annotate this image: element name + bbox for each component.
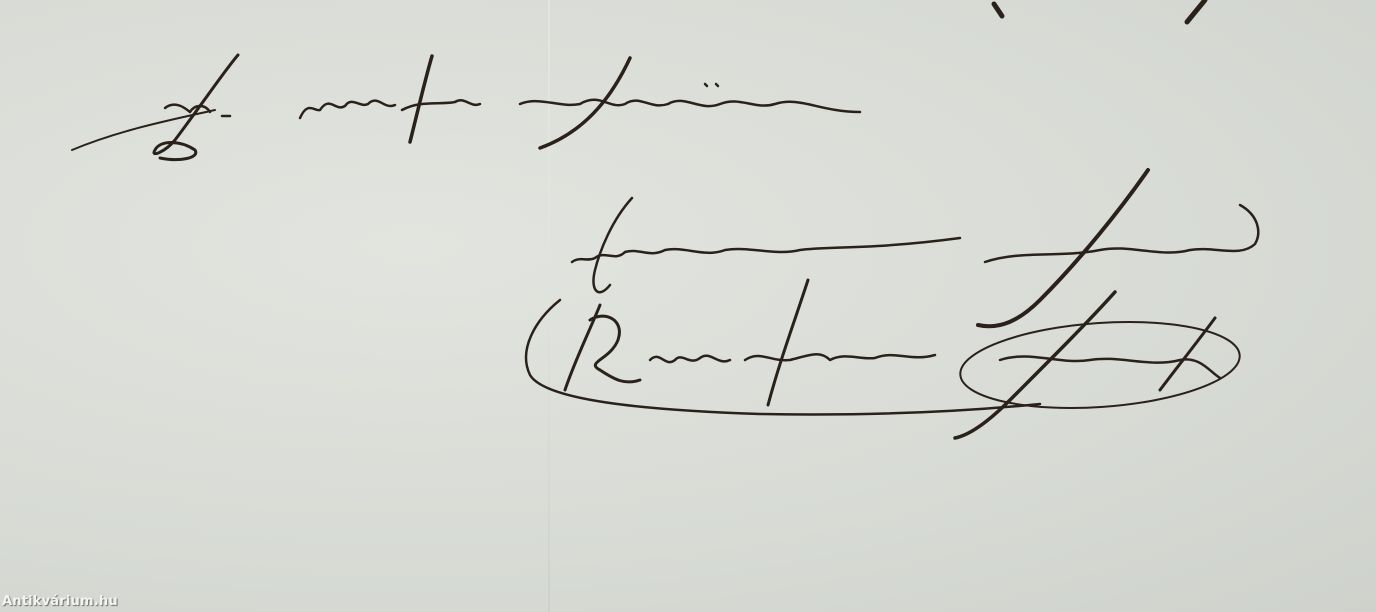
closing-line: [572, 170, 1258, 326]
handwriting-ink: [0, 0, 1376, 612]
signature: [526, 280, 1243, 438]
ink-fragment-top-right: [1187, 0, 1205, 22]
watermark-label: Antikvárium.hu: [2, 594, 118, 609]
salutation-line: [72, 55, 860, 160]
ink-fragment-top-left: [994, 4, 1002, 16]
